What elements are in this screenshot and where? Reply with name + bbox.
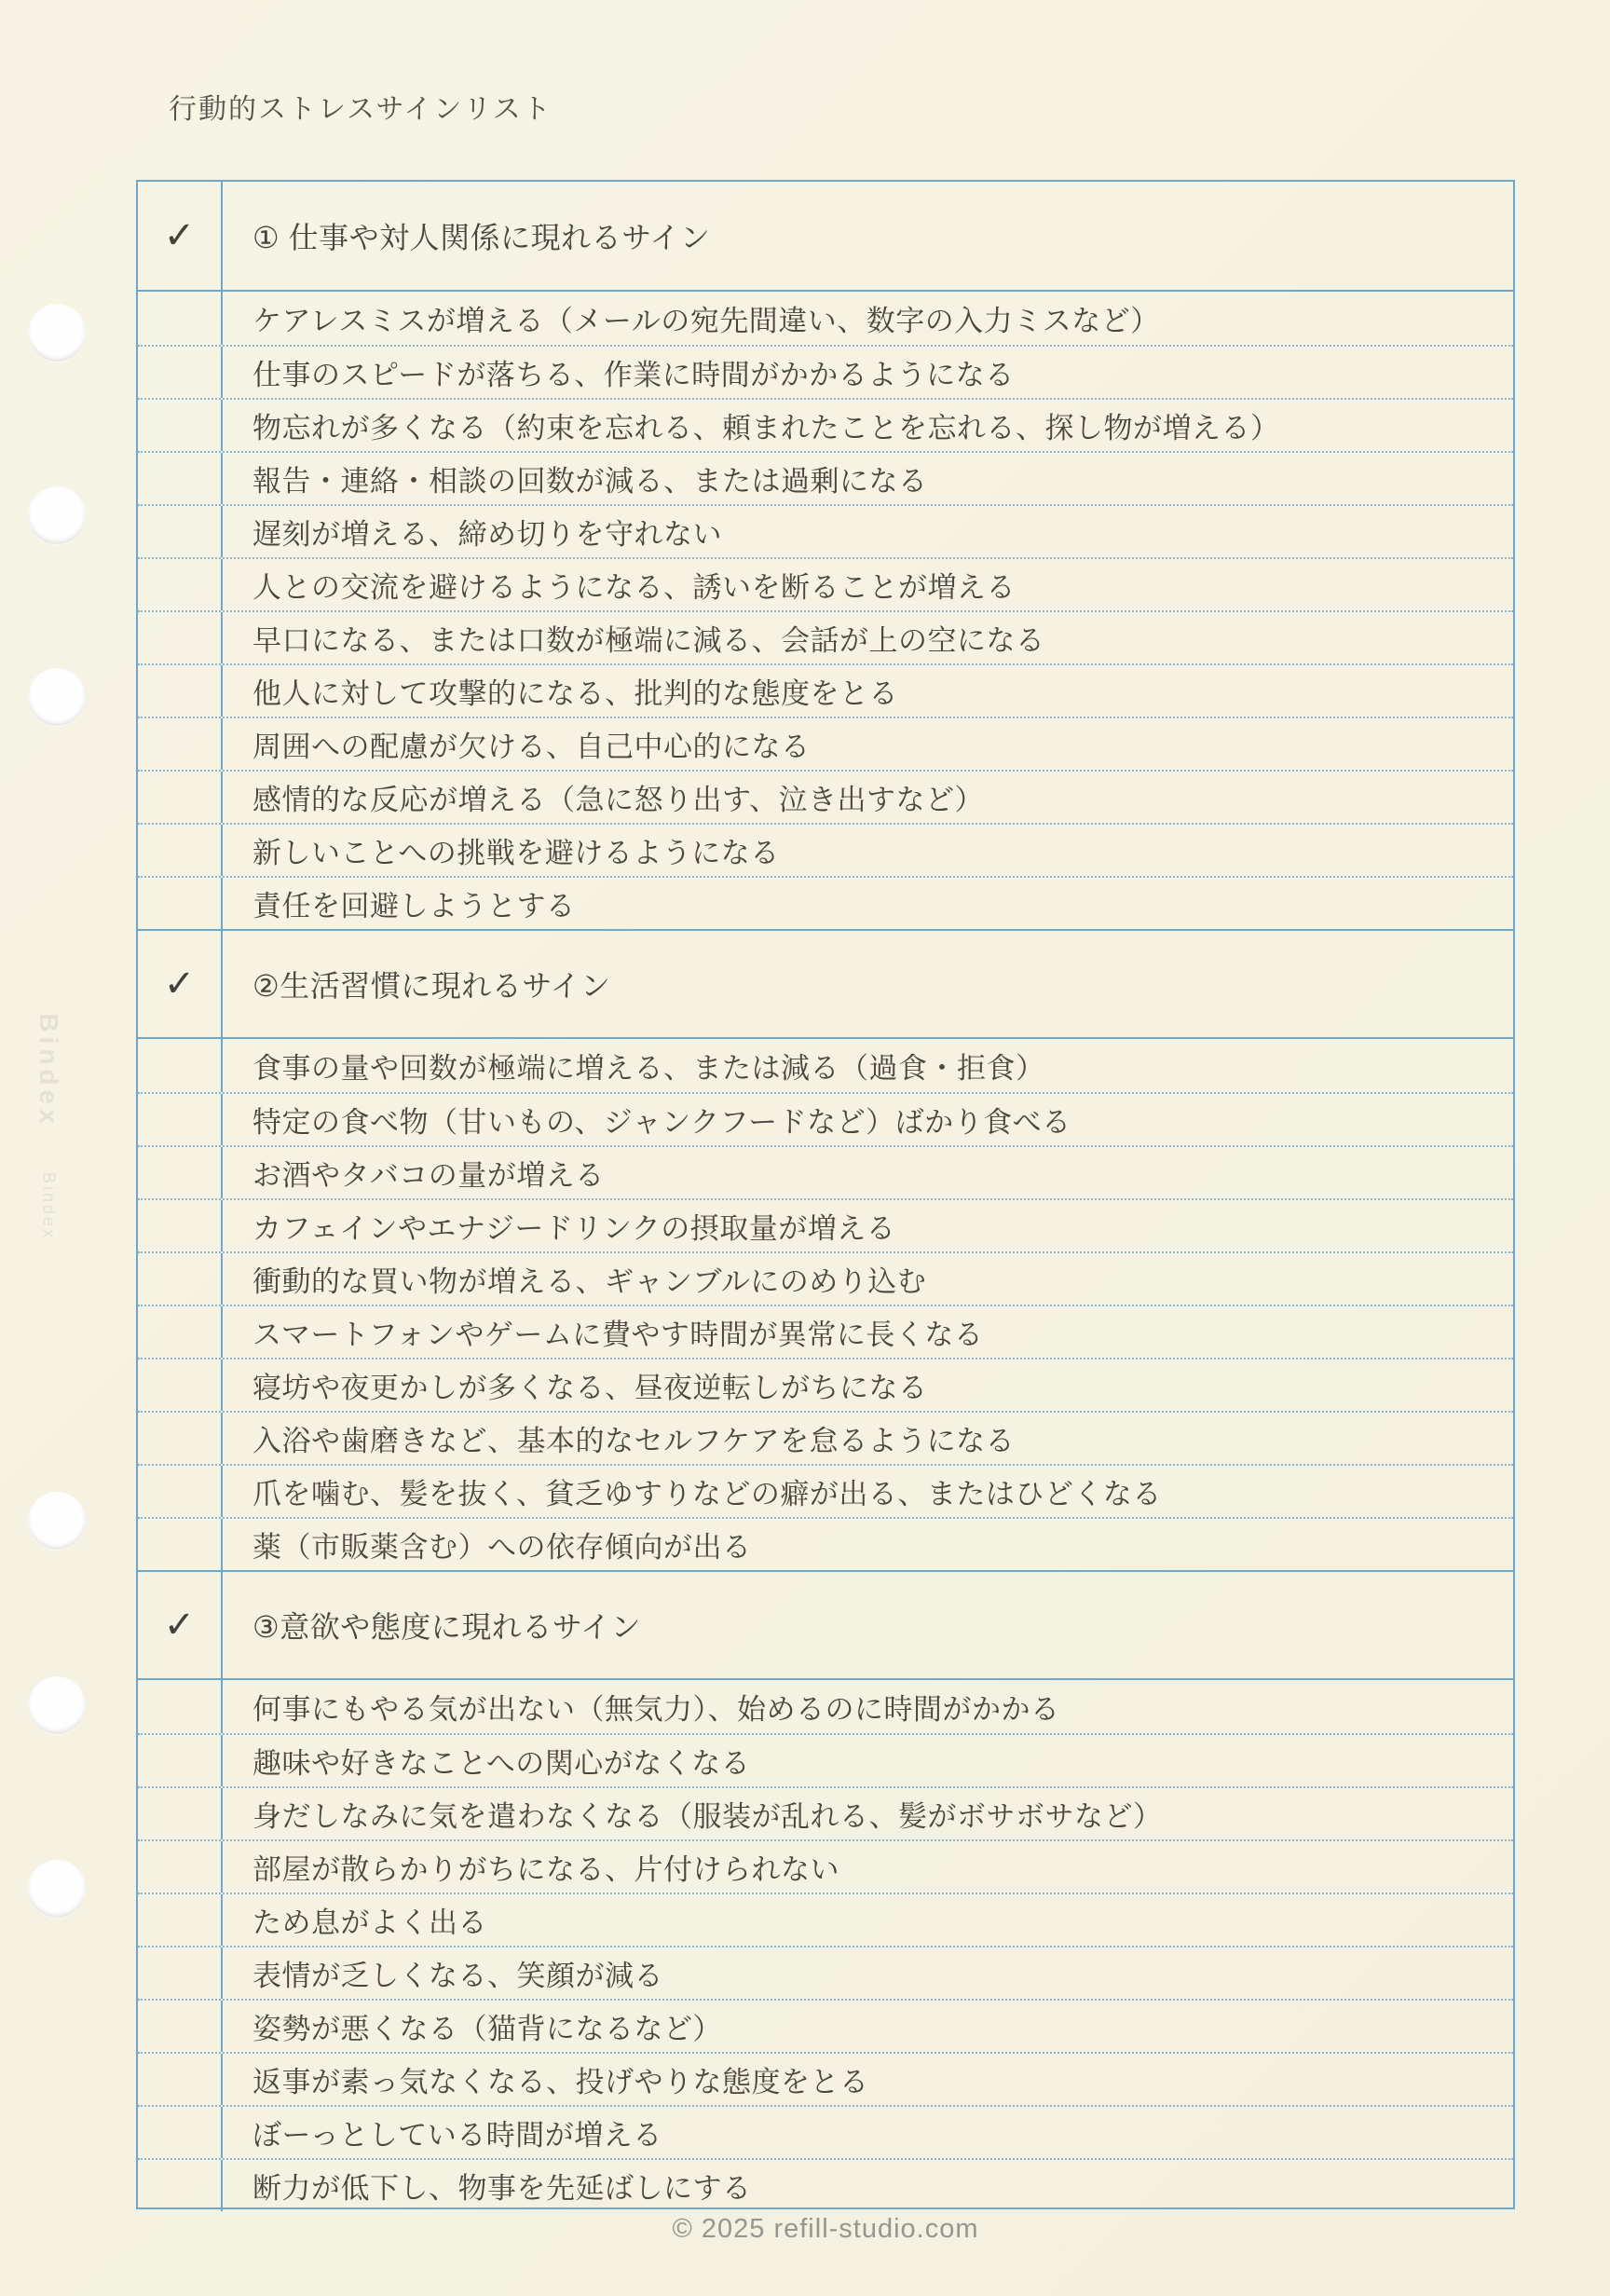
checklist-row: 寝坊や夜更かしが多くなる、昼夜逆転しがちになる — [138, 1358, 1513, 1411]
checklist-row: ため息がよく出る — [138, 1893, 1513, 1946]
edge-showthrough-text: Bindex — [34, 977, 63, 1164]
item-checkbox[interactable] — [138, 1147, 223, 1198]
item-checkbox[interactable] — [138, 1788, 223, 1839]
checklist-row: 感情的な反応が増える（急に怒り出す、泣き出すなど） — [138, 770, 1513, 823]
checklist-row: 責任を回避しようとする — [138, 876, 1513, 929]
item-checkbox[interactable] — [138, 1306, 223, 1358]
item-checkbox[interactable] — [138, 1841, 223, 1893]
checklist-row: 周囲への配慮が欠ける、自己中心的になる — [138, 717, 1513, 770]
section-title: ②生活習慣に現れるサイン — [223, 931, 1513, 1037]
checkmark-icon: ✓ — [164, 965, 196, 1003]
checklist-row: 入浴や歯磨きなど、基本的なセルフケアを怠るようになる — [138, 1411, 1513, 1464]
item-label: 何事にもやる気が出ない（無気力）、始めるのに時間がかかる — [223, 1680, 1513, 1733]
edge-showthrough-subtext: Bindex — [39, 1141, 59, 1272]
item-checkbox[interactable] — [138, 1466, 223, 1517]
item-checkbox[interactable] — [138, 1894, 223, 1946]
checklist-row: ぼーっとしている時間が増える — [138, 2105, 1513, 2158]
item-checkbox[interactable] — [138, 665, 223, 717]
item-label: 爪を噛む、髪を抜く、貧乏ゆすりなどの癖が出る、またはひどくなる — [223, 1466, 1513, 1517]
item-checkbox[interactable] — [138, 347, 223, 398]
punch-hole — [28, 668, 86, 726]
item-checkbox[interactable] — [138, 1360, 223, 1411]
punch-hole — [28, 1492, 86, 1550]
checklist-row: 姿勢が悪くなる（猫背になるなど） — [138, 1999, 1513, 2052]
item-checkbox[interactable] — [138, 559, 223, 610]
item-label: ため息がよく出る — [223, 1894, 1513, 1946]
item-label: 入浴や歯磨きなど、基本的なセルフケアを怠るようになる — [223, 1413, 1513, 1464]
checklist-row: 何事にもやる気が出ない（無気力）、始めるのに時間がかかる — [138, 1680, 1513, 1733]
item-checkbox[interactable] — [138, 772, 223, 823]
item-checkbox[interactable] — [138, 1253, 223, 1305]
punch-hole — [28, 1860, 86, 1918]
checklist-row: 人との交流を避けるようになる、誘いを断ることが増える — [138, 557, 1513, 610]
checklist-row: 返事が素っ気なくなる、投げやりな態度をとる — [138, 2052, 1513, 2105]
checklist-row: 部屋が散らかりがちになる、片付けられない — [138, 1839, 1513, 1893]
copyright-footer: © 2025 refill-studio.com — [136, 2214, 1515, 2245]
section-header-row: ✓ ① 仕事や対人関係に現れるサイン — [138, 182, 1513, 292]
item-checkbox[interactable] — [138, 1947, 223, 1999]
item-label: お酒やタバコの量が増える — [223, 1147, 1513, 1198]
punch-hole — [28, 1676, 86, 1734]
item-checkbox[interactable] — [138, 2160, 223, 2211]
punch-hole — [28, 304, 86, 362]
item-checkbox[interactable] — [138, 2001, 223, 2052]
checklist-row: 仕事のスピードが落ちる、作業に時間がかかるようになる — [138, 345, 1513, 398]
checklist-row: 食事の量や回数が極端に増える、または減る（過食・拒食） — [138, 1039, 1513, 1092]
item-label: 表情が乏しくなる、笑顔が減る — [223, 1947, 1513, 1999]
item-checkbox[interactable] — [138, 2107, 223, 2158]
checklist-row: 新しいことへの挑戦を避けるようになる — [138, 823, 1513, 876]
item-label: ぼーっとしている時間が増える — [223, 2107, 1513, 2158]
checklist-table: ✓ ① 仕事や対人関係に現れるサイン ケアレスミスが増える（メールの宛先間違い、… — [136, 180, 1515, 2209]
section-checkbox[interactable]: ✓ — [138, 182, 223, 290]
item-label: 責任を回避しようとする — [223, 878, 1513, 929]
item-label: 趣味や好きなことへの関心がなくなる — [223, 1735, 1513, 1786]
item-checkbox[interactable] — [138, 1094, 223, 1145]
item-checkbox[interactable] — [138, 612, 223, 663]
item-label: 感情的な反応が増える（急に怒り出す、泣き出すなど） — [223, 772, 1513, 823]
item-checkbox[interactable] — [138, 1413, 223, 1464]
checklist-row: 報告・連絡・相談の回数が減る、または過剰になる — [138, 451, 1513, 504]
item-label: 特定の食べ物（甘いもの、ジャンクフードなど）ばかり食べる — [223, 1094, 1513, 1145]
item-label: 人との交流を避けるようになる、誘いを断ることが増える — [223, 559, 1513, 610]
item-label: 衝動的な買い物が増える、ギャンブルにのめり込む — [223, 1253, 1513, 1305]
scanned-page: 行動的ストレスサインリスト Bindex Bindex ✓ ① 仕事や対人関係に… — [0, 0, 1610, 2296]
item-checkbox[interactable] — [138, 400, 223, 451]
checklist-row: 遅刻が増える、締め切りを守れない — [138, 504, 1513, 557]
item-checkbox[interactable] — [138, 506, 223, 557]
item-label: 寝坊や夜更かしが多くなる、昼夜逆転しがちになる — [223, 1360, 1513, 1411]
item-label: 遅刻が増える、締め切りを守れない — [223, 506, 1513, 557]
item-label: 他人に対して攻撃的になる、批判的な態度をとる — [223, 665, 1513, 717]
item-checkbox[interactable] — [138, 1039, 223, 1092]
item-label: ケアレスミスが増える（メールの宛先間違い、数字の入力ミスなど） — [223, 292, 1513, 345]
item-label: 薬（市販薬含む）への依存傾向が出る — [223, 1519, 1513, 1570]
item-checkbox[interactable] — [138, 2054, 223, 2105]
item-label: 断力が低下し、物事を先延ばしにする — [223, 2160, 1513, 2211]
checklist-row: 特定の食べ物（甘いもの、ジャンクフードなど）ばかり食べる — [138, 1092, 1513, 1145]
section-header-row: ✓ ②生活習慣に現れるサイン — [138, 929, 1513, 1039]
item-label: 姿勢が悪くなる（猫背になるなど） — [223, 2001, 1513, 2052]
checklist-row: スマートフォンやゲームに費やす時間が異常に長くなる — [138, 1305, 1513, 1358]
item-checkbox[interactable] — [138, 292, 223, 345]
item-label: 食事の量や回数が極端に増える、または減る（過食・拒食） — [223, 1039, 1513, 1092]
item-label: 部屋が散らかりがちになる、片付けられない — [223, 1841, 1513, 1893]
checklist-row: 趣味や好きなことへの関心がなくなる — [138, 1733, 1513, 1786]
section-checkbox[interactable]: ✓ — [138, 931, 223, 1037]
section-header-row: ✓ ③意欲や態度に現れるサイン — [138, 1570, 1513, 1680]
page-title: 行動的ストレスサインリスト — [169, 86, 553, 127]
punch-hole — [28, 486, 86, 544]
item-checkbox[interactable] — [138, 453, 223, 504]
checklist-row: 衝動的な買い物が増える、ギャンブルにのめり込む — [138, 1251, 1513, 1305]
checklist-row: 身だしなみに気を遣わなくなる（服装が乱れる、髪がボサボサなど） — [138, 1786, 1513, 1839]
item-label: 物忘れが多くなる（約束を忘れる、頼まれたことを忘れる、探し物が増える） — [223, 400, 1513, 451]
section-checkbox[interactable]: ✓ — [138, 1572, 223, 1678]
checklist-row: 早口になる、または口数が極端に減る、会話が上の空になる — [138, 610, 1513, 663]
item-label: スマートフォンやゲームに費やす時間が異常に長くなる — [223, 1306, 1513, 1358]
checklist-row: カフェインやエナジードリンクの摂取量が増える — [138, 1198, 1513, 1251]
checklist-row: 物忘れが多くなる（約束を忘れる、頼まれたことを忘れる、探し物が増える） — [138, 398, 1513, 451]
checklist-row: 表情が乏しくなる、笑顔が減る — [138, 1946, 1513, 1999]
item-checkbox[interactable] — [138, 1735, 223, 1786]
checklist-row: 薬（市販薬含む）への依存傾向が出る — [138, 1517, 1513, 1570]
checklist-row: 他人に対して攻撃的になる、批判的な態度をとる — [138, 663, 1513, 717]
checklist-row: お酒やタバコの量が増える — [138, 1145, 1513, 1198]
checkmark-icon: ✓ — [164, 1606, 196, 1644]
checklist-row: ケアレスミスが増える（メールの宛先間違い、数字の入力ミスなど） — [138, 292, 1513, 345]
checklist-row: 爪を噛む、髪を抜く、貧乏ゆすりなどの癖が出る、またはひどくなる — [138, 1464, 1513, 1517]
item-checkbox[interactable] — [138, 1200, 223, 1251]
item-checkbox[interactable] — [138, 1680, 223, 1733]
section-title: ③意欲や態度に現れるサイン — [223, 1572, 1513, 1678]
item-label: 新しいことへの挑戦を避けるようになる — [223, 825, 1513, 876]
item-checkbox[interactable] — [138, 825, 223, 876]
checklist-row: 断力が低下し、物事を先延ばしにする — [138, 2158, 1513, 2211]
item-label: カフェインやエナジードリンクの摂取量が増える — [223, 1200, 1513, 1251]
item-label: 身だしなみに気を遣わなくなる（服装が乱れる、髪がボサボサなど） — [223, 1788, 1513, 1839]
item-label: 報告・連絡・相談の回数が減る、または過剰になる — [223, 453, 1513, 504]
item-checkbox[interactable] — [138, 1519, 223, 1570]
item-label: 返事が素っ気なくなる、投げやりな態度をとる — [223, 2054, 1513, 2105]
checkmark-icon: ✓ — [164, 217, 196, 254]
item-checkbox[interactable] — [138, 718, 223, 770]
item-checkbox[interactable] — [138, 878, 223, 929]
item-label: 仕事のスピードが落ちる、作業に時間がかかるようになる — [223, 347, 1513, 398]
item-label: 周囲への配慮が欠ける、自己中心的になる — [223, 718, 1513, 770]
item-label: 早口になる、または口数が極端に減る、会話が上の空になる — [223, 612, 1513, 663]
section-title: ① 仕事や対人関係に現れるサイン — [223, 182, 1513, 290]
